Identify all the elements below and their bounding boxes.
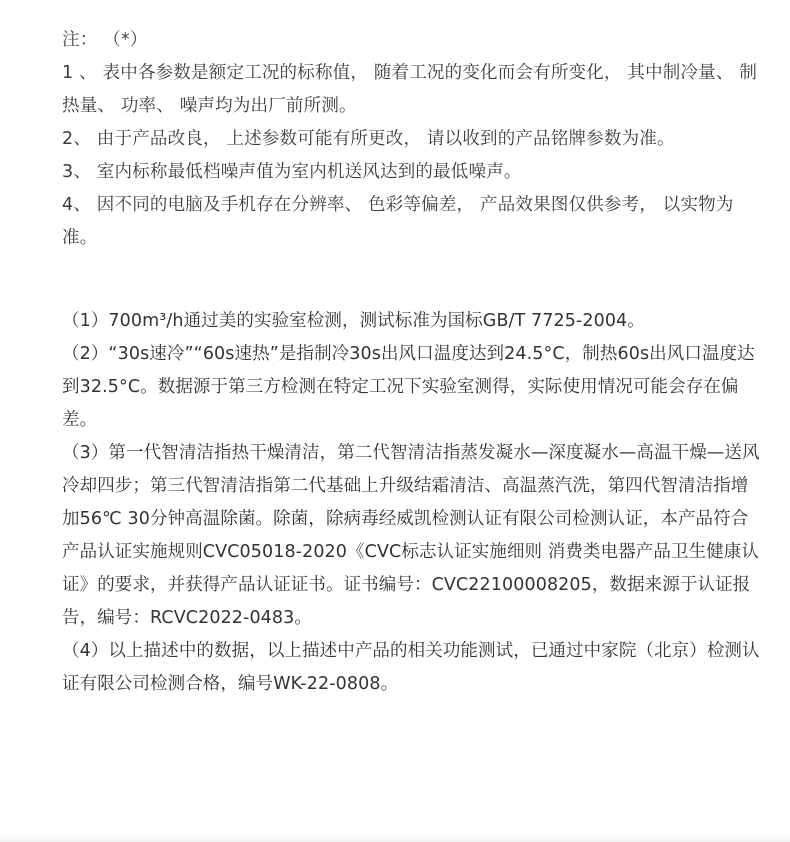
notes-title: 注： （*） (62, 24, 762, 57)
footnote-2: （2）“30s速冷”“60s速热”是指制冷30s出风口温度达到24.5°C，制热… (62, 338, 762, 437)
note-item-3: 3、 室内标称最低档噪声值为室内机送风达到的最低噪声。 (62, 156, 762, 189)
footnote-4: （4）以上描述中的数据，以上描述中产品的相关功能测试，已通过中家院（北京）检测认… (62, 635, 762, 701)
notes-section: 注： （*） 1 、 表中各参数是额定工况的标称值， 随着工况的变化而会有所变化… (62, 24, 762, 255)
note-item-4: 4、 因不同的电脑及手机存在分辨率、 色彩等偏差， 产品效果图仅供参考， 以实物… (62, 189, 762, 255)
disclaimer-document: 注： （*） 1 、 表中各参数是额定工况的标称值， 随着工况的变化而会有所变化… (62, 24, 762, 701)
note-item-2: 2、 由于产品改良， 上述参数可能有所更改， 请以收到的产品铭牌参数为准。 (62, 123, 762, 156)
note-item-1: 1 、 表中各参数是额定工况的标称值， 随着工况的变化而会有所变化， 其中制冷量… (62, 57, 762, 123)
footnotes-section: （1）700m³/h通过美的实验室检测，测试标准为国标GB/T 7725-200… (62, 305, 762, 701)
bottom-divider (0, 834, 790, 842)
footnote-1: （1）700m³/h通过美的实验室检测，测试标准为国标GB/T 7725-200… (62, 305, 762, 338)
footnote-3: （3）第一代智清洁指热干燥清洁，第二代智清洁指蒸发凝水—深度凝水—高温干燥—送风… (62, 437, 762, 635)
